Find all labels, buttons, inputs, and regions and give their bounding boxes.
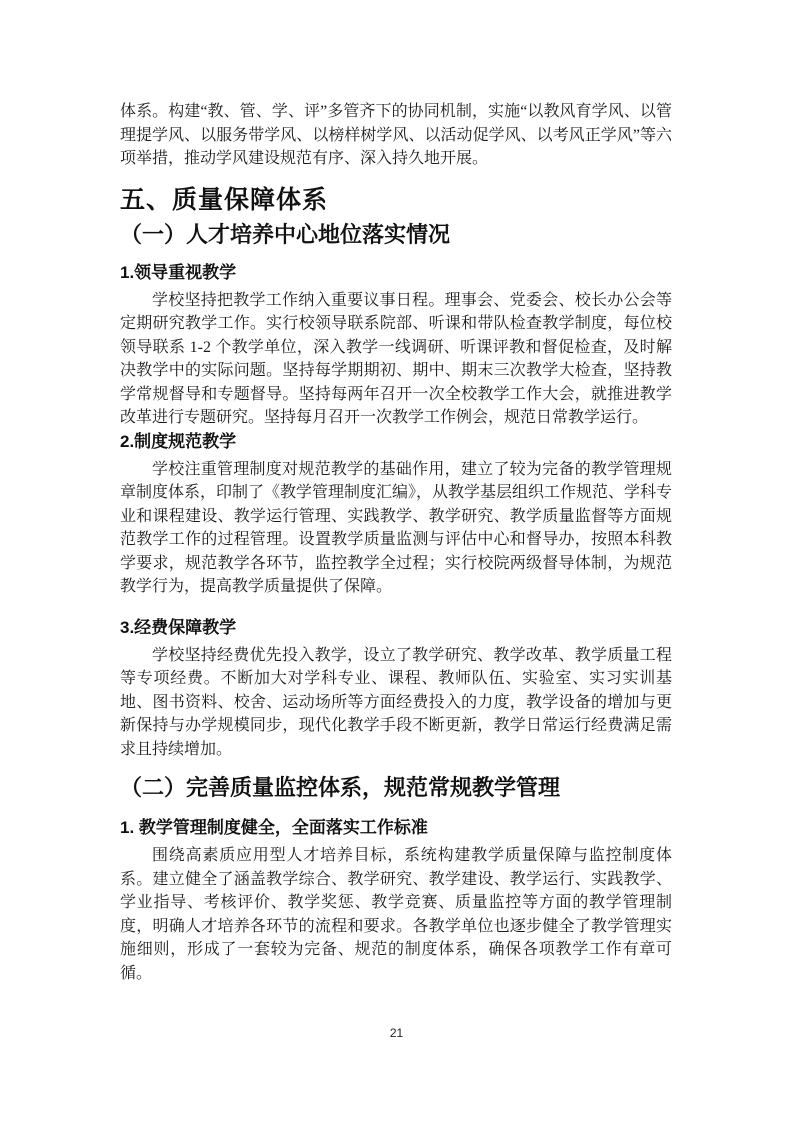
subsection-heading-funding-guarantee: 3.经费保障教学 [120, 616, 672, 640]
section-heading-talent-cultivation: （一）人才培养中心地位落实情况 [120, 220, 672, 250]
paragraph-system-regulation: 学校注重管理制度对规范教学的基础作用，建立了较为完备的教学管理规章制度体系，印制… [120, 458, 672, 599]
subsection-heading-system-regulation: 2.制度规范教学 [120, 430, 672, 454]
subsection-heading-management-system: 1. 教学管理制度健全，全面落实工作标准 [120, 816, 672, 840]
document-page: 体系。构建“教、管、学、评”多管齐下的协同机制，实施“以教风育学风、以管理提学风… [0, 0, 793, 1122]
page-number: 21 [0, 1026, 793, 1040]
paragraph-management-system: 围绕高素质应用型人才培养目标，系统构建教学质量保障与监控制度体系。建立健全了涵盖… [120, 844, 672, 985]
page-content: 体系。构建“教、管、学、评”多管齐下的协同机制，实施“以教风育学风、以管理提学风… [0, 0, 793, 985]
subsection-heading-leadership-attention: 1.领导重视教学 [120, 261, 672, 285]
section-heading-quality-monitoring: （二）完善质量监控体系，规范常规教学管理 [120, 773, 672, 803]
paragraph-leadership-attention: 学校坚持把教学工作纳入重要议事日程。理事会、党委会、校长办公会等定期研究教学工作… [120, 289, 672, 430]
paragraph-funding-guarantee: 学校坚持经费优先投入教学，设立了教学研究、教学改革、教学质量工程等专项经费。不断… [120, 644, 672, 762]
paragraph-continuation: 体系。构建“教、管、学、评”多管齐下的协同机制，实施“以教风育学风、以管理提学风… [120, 100, 672, 171]
chapter-heading-quality-assurance: 五、质量保障体系 [120, 185, 672, 215]
